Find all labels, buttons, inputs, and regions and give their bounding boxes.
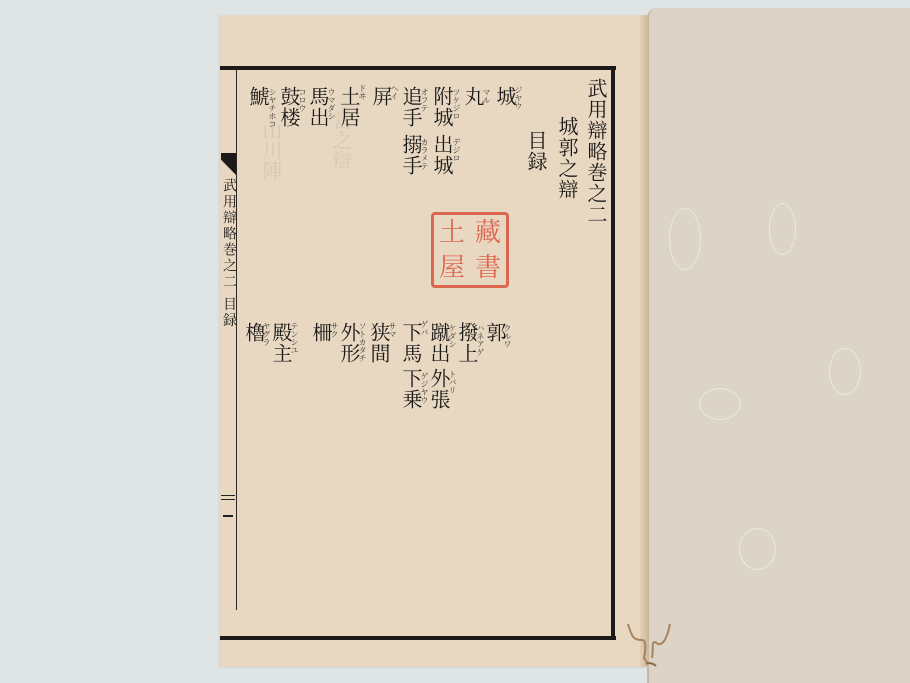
right-page-blank [647, 8, 910, 683]
chapter-title: 城郭之辯 [556, 116, 578, 200]
entry-term: 下馬 [400, 322, 422, 364]
entry-ruby: ゲジヤウ [420, 372, 429, 404]
entry-ruby: サク [330, 322, 339, 338]
paper-fiber [699, 388, 741, 420]
entry-ruby: ドヰ [358, 84, 367, 100]
entry-term: 外張 [428, 368, 450, 410]
show-through-text: 山川陣 [260, 120, 282, 180]
entry-ruby: トバリ [448, 370, 457, 394]
entry-ruby: ウマダシ [327, 88, 336, 120]
book-title: 武用辯略巻之二 [585, 78, 607, 225]
entry-ruby: ジヤウ [514, 86, 523, 110]
margin-page-number [223, 515, 233, 517]
entry-ruby: テンシユ [290, 322, 299, 354]
entry-ruby: ハネアゲ [476, 324, 485, 356]
margin-title: 武用辯略巻之二 目録 [221, 178, 236, 328]
margin-double-line [221, 495, 235, 500]
entry-term: 下乗 [400, 368, 422, 410]
frame-inner-left-border [236, 70, 237, 610]
entry-ruby: ヘイ [390, 84, 399, 100]
entry-term: 柵 [310, 322, 332, 343]
entry-term: 殿主 [270, 322, 292, 364]
frame-right-border [611, 66, 615, 640]
seal-char: 土 [434, 215, 470, 250]
entry-term: 屏 [370, 86, 392, 107]
seal-char: 屋 [434, 250, 470, 285]
entry-term: 蹴出 [428, 322, 450, 364]
entry-term: 出城 [431, 134, 453, 176]
entry-term: 外形 [338, 322, 360, 364]
entry-ruby: ケダシ [448, 324, 457, 348]
entry-ruby: サマ [388, 322, 397, 338]
paper-fiber [829, 348, 861, 395]
entry-ruby: コロウ [298, 88, 307, 112]
entry-ruby: クルワ [503, 324, 512, 348]
entry-term: 馬出 [307, 86, 329, 128]
entry-term: 城 [494, 86, 516, 107]
frame-bottom-border [220, 636, 616, 640]
entry-ruby: ヤグラ [262, 322, 271, 346]
entry-ruby: マル [482, 88, 491, 104]
paper-fiber [769, 203, 796, 255]
entry-term: 撥上 [456, 322, 478, 364]
section-title: 目録 [525, 130, 547, 172]
entry-term: 追手 [400, 86, 422, 128]
entry-term: 土居 [338, 86, 360, 128]
paper-fiber [739, 528, 776, 570]
entry-term: 鯱 [247, 86, 269, 107]
binding-thread-icon [624, 618, 684, 668]
entry-ruby: デジロ [452, 138, 461, 162]
entry-ruby: シヤチホコ [268, 88, 277, 128]
paper-fiber [669, 208, 701, 270]
entry-term: 狭間 [368, 322, 390, 364]
frame-top-border [220, 66, 616, 70]
entry-ruby: ゲバ [420, 320, 429, 336]
seal-char: 藏 [470, 215, 506, 250]
entry-ruby: ソトカタチ [358, 322, 367, 362]
entry-ruby: オフテ [420, 88, 429, 112]
entry-ruby: カラメテ [420, 138, 429, 170]
entry-term: 附城 [431, 86, 453, 128]
entry-term: 鼓楼 [278, 86, 300, 128]
entry-term: 搦手 [400, 134, 422, 176]
entry-term: 丸 [462, 86, 484, 107]
entry-ruby: ツケジロ [452, 88, 461, 120]
ownership-seal: 土 藏 屋 書 [431, 212, 509, 288]
book-gutter [640, 15, 648, 667]
seal-char: 書 [470, 250, 506, 285]
